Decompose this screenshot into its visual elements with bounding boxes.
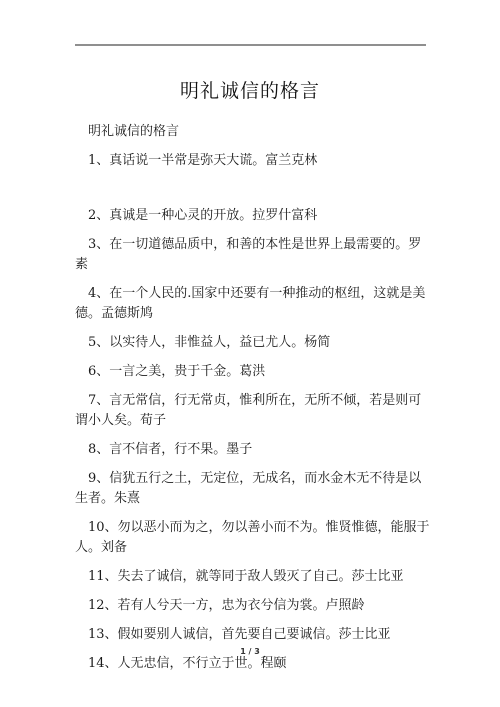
document-body: 明礼诚信的格言 1、真话说一半常是弥天大谎。富兰克林 2、真诚是一种心灵的开放。… <box>75 122 430 674</box>
quote-item-10: 10、勿以恶小而为之，勿以善小而不为。惟贤惟德，能服于人。刘备 <box>75 518 430 558</box>
page-indicator: 1 / 3 <box>0 647 500 656</box>
quote-item-8: 8、言不信者，行不果。墨子 <box>75 440 430 460</box>
quote-item-6: 6、一言之美，贵于千金。葛洪 <box>75 362 430 382</box>
intro-line: 明礼诚信的格言 <box>75 122 430 142</box>
quote-item-11: 11、失去了诚信，就等同于敌人毁灭了自己。莎士比亚 <box>75 567 430 587</box>
header-rule <box>75 44 426 46</box>
quote-item-5: 5、以实待人，非惟益人，益已尤人。杨简 <box>75 333 430 353</box>
quote-item-2: 2、真诚是一种心灵的开放。拉罗什富科 <box>75 206 430 226</box>
quote-item-12: 12、若有人兮天一方，忠为衣兮信为裳。卢照龄 <box>75 596 430 616</box>
quote-item-7: 7、言无常信，行无常贞，惟利所在，无所不倾，若是则可谓小人矣。荀子 <box>75 391 430 431</box>
quote-item-13: 13、假如要别人诚信，首先要自己要诚信。莎士比亚 <box>75 625 430 645</box>
quote-item-1: 1、真话说一半常是弥天大谎。富兰克林 <box>75 151 430 171</box>
quote-item-4: 4、在一个人民的.国家中还要有一种推动的枢纽，这就是美德。孟德斯鸠 <box>75 284 430 324</box>
quote-item-14: 14、人无忠信，不行立于世。程颐 <box>75 654 430 674</box>
quote-item-3: 3、在一切道德品质中，和善的本性是世界上最需要的。罗素 <box>75 235 430 275</box>
quote-item-9: 9、信犹五行之土，无定位，无成名，而水金木无不待是以生者。朱熹 <box>75 469 430 509</box>
document-title: 明礼诚信的格言 <box>0 76 500 103</box>
